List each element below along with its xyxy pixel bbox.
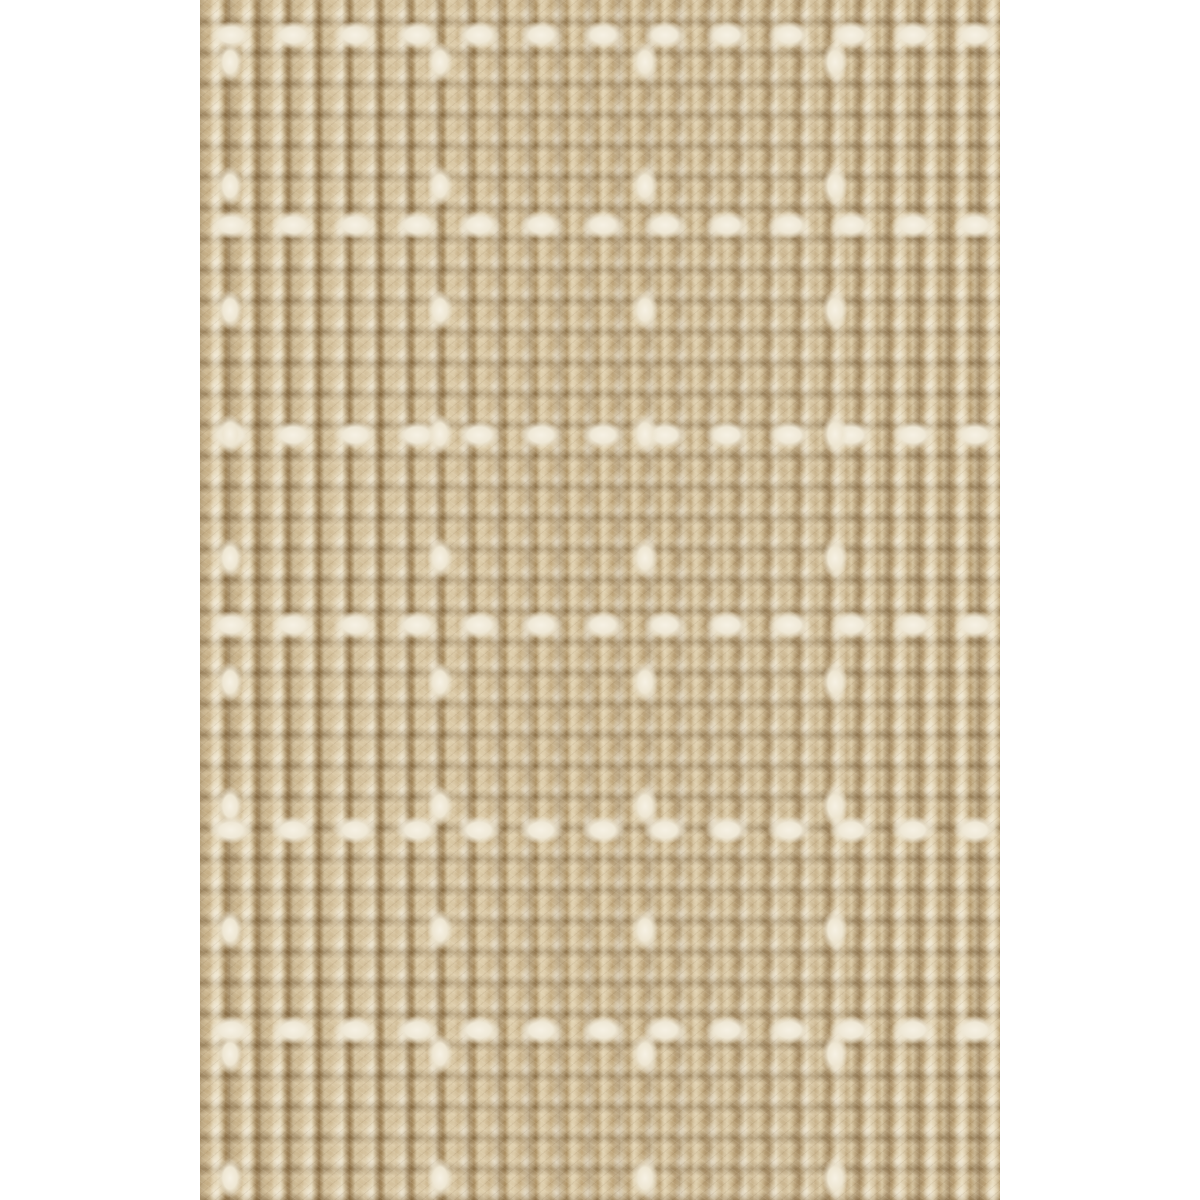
rug-texture-swatch [200,0,1000,1200]
wool-warp-column [425,0,455,1200]
wool-warp-column [630,0,660,1200]
wool-weft-row [200,610,1000,640]
image-canvas [0,0,1200,1200]
wool-weft-row [200,815,1000,845]
wool-warp-column [215,0,245,1200]
wool-weft-row [200,1015,1000,1045]
wool-warp-column [820,0,850,1200]
wool-weft-row [200,420,1000,450]
wool-weft-row [200,20,1000,50]
wool-weft-row [200,210,1000,240]
